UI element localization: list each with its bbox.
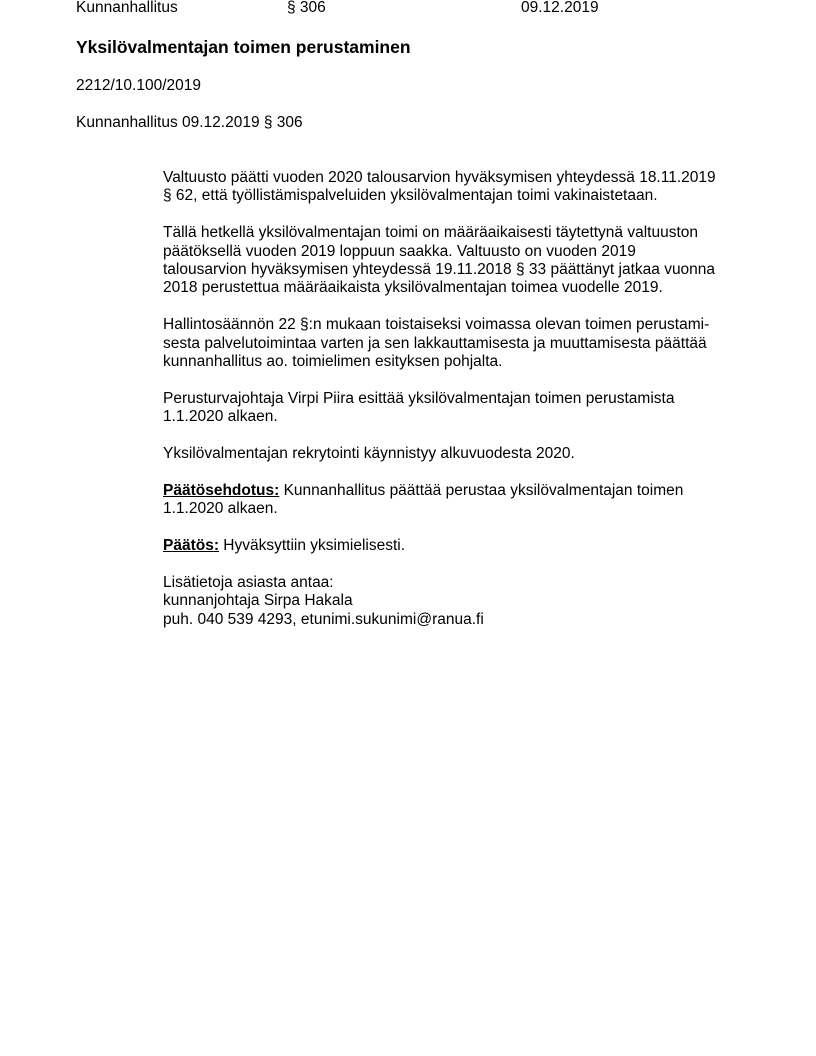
paragraph-line: § 62, että työllistämispalveluiden yksil… [163,187,763,205]
document-body: Valtuusto päätti vuoden 2020 talousarvio… [163,169,763,647]
meeting-reference: Kunnanhallitus 09.12.2019 § 306 [76,113,303,133]
paragraph-current-status: Tällä hetkellä yksilövalmentajan toimi o… [163,224,763,298]
paragraph-recruitment: Yksilövalmentajan rekrytointi käynnistyy… [163,445,763,463]
paragraph-line: Perusturvajohtaja Virpi Piira esittää yk… [163,390,763,408]
header-date: 09.12.2019 [521,0,599,18]
proposal-text-continued: 1.1.2020 alkaen. [163,500,763,518]
paragraph-line: kunnanhallitus ao. toimielimen esityksen… [163,353,763,371]
document-header: Kunnanhallitus § 306 09.12.2019 [76,0,776,18]
paragraph-line: Yksilövalmentajan rekrytointi käynnistyy… [163,445,763,463]
paragraph-line: talousarvion hyväksymisen yhteydessä 19.… [163,261,763,279]
decision: Päätös: Hyväksyttiin yksimielisesti. [163,537,763,555]
contact-info: Lisätietoja asiasta antaa: kunnanjohtaja… [163,574,763,629]
paragraph-line: 1.1.2020 alkaen. [163,408,763,426]
paragraph-line: Valtuusto päätti vuoden 2020 talousarvio… [163,169,763,187]
paragraph-line: päätöksellä vuoden 2019 loppuun saakka. … [163,243,763,261]
contact-person: kunnanjohtaja Sirpa Hakala [163,592,763,610]
contact-intro: Lisätietoja asiasta antaa: [163,574,763,592]
paragraph-line: sesta palvelutoimintaa varten ja sen lak… [163,335,763,353]
proposal-label: Päätösehdotus: [163,482,279,499]
paragraph-line: Tällä hetkellä yksilövalmentajan toimi o… [163,224,763,242]
record-id: 2212/10.100/2019 [76,76,201,96]
decision-text: Hyväksyttiin yksimielisesti. [219,537,405,554]
paragraph-line: 2018 perustettua määräaikaista yksilöval… [163,279,763,297]
paragraph-administrative-rule: Hallintosäännön 22 §:n mukaan toistaisek… [163,316,763,371]
header-section-number: § 306 [287,0,326,18]
decision-label: Päätös: [163,537,219,554]
decision-proposal: Päätösehdotus: Kunnanhallitus päättää pe… [163,482,763,519]
header-body-name: Kunnanhallitus [76,0,178,18]
contact-details: puh. 040 539 4293, etunimi.sukunimi@ranu… [163,611,763,629]
proposal-text: Kunnanhallitus päättää perustaa yksilöva… [279,482,683,499]
paragraph-line: Hallintosäännön 22 §:n mukaan toistaisek… [163,316,763,334]
document-title: Yksilövalmentajan toimen perustaminen [76,36,411,58]
paragraph-council-decision: Valtuusto päätti vuoden 2020 talousarvio… [163,169,763,206]
paragraph-presentation: Perusturvajohtaja Virpi Piira esittää yk… [163,390,763,427]
